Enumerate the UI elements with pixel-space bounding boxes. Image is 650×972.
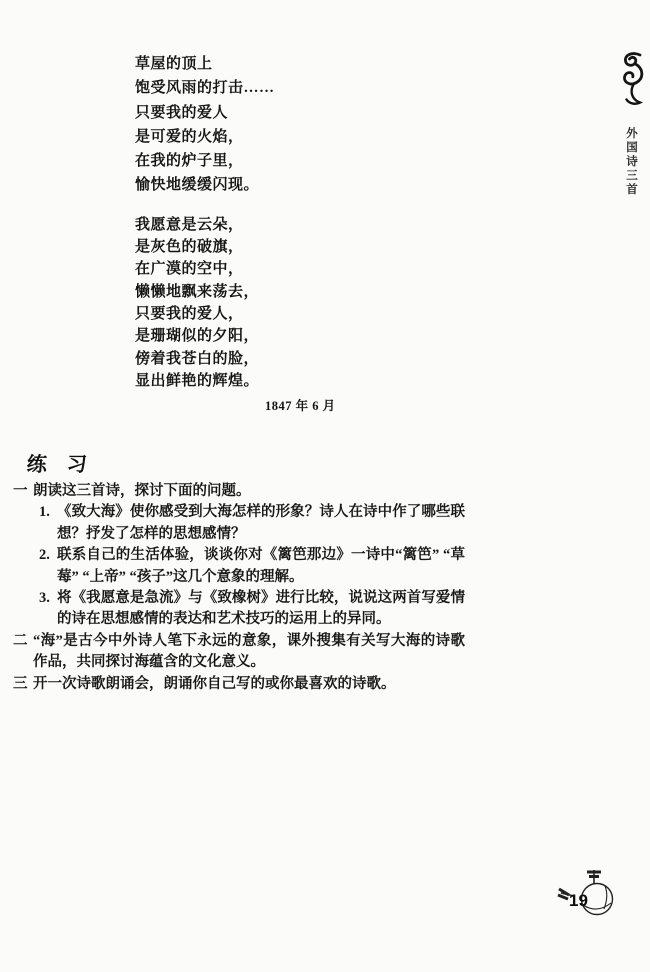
exercise-text: 开一次诗歌朗诵会，朗诵你自己写的或你最喜欢的诗歌。 xyxy=(33,674,465,695)
poem-line: 是可爱的火焰， xyxy=(135,125,336,149)
poem-body: 草屋的顶上 饱受风雨的打击…… 只要我的爱人 是可爱的火焰， 在我的炉子里， 愉… xyxy=(135,52,336,414)
poem-line: 是灰色的破旗， xyxy=(135,236,336,258)
side-chapter-label: 外国诗三首 xyxy=(623,127,639,197)
page-number: 19 xyxy=(569,891,588,910)
sub-exercise-2: 2. 联系自己的生活体验，谈谈你对《篱笆那边》一诗中“篱笆” “草莓” “上帝”… xyxy=(33,545,465,588)
exercise-text: “海”是古今中外诗人笔下永远的意象，课外搜集有关写大海的诗歌作品，共同探讨海蕴含… xyxy=(33,631,465,674)
textbook-page: 草屋的顶上 饱受风雨的打击…… 只要我的爱人 是可爱的火焰， 在我的炉子里， 愉… xyxy=(0,0,650,972)
poem-line: 饱受风雨的打击…… xyxy=(135,76,336,100)
exercise-item-3: 三 开一次诗歌朗诵会，朗诵你自己写的或你最喜欢的诗歌。 xyxy=(13,674,465,695)
poem-line: 在广漠的空中， xyxy=(135,258,336,280)
poem-line: 懒懒地飘来荡去， xyxy=(135,281,336,303)
exercise-item-2: 二 “海”是古今中外诗人笔下永远的意象，课外搜集有关写大海的诗歌作品，共同探讨海… xyxy=(13,631,465,674)
poem-line: 我愿意是云朵， xyxy=(135,214,336,236)
poem-stanza-2: 我愿意是云朵， 是灰色的破旗， 在广漠的空中， 懒懒地飘来荡去， 只要我的爱人，… xyxy=(135,214,336,392)
exercise-marker: 一 xyxy=(13,481,28,502)
exercise-item-1: 一 朗读这三首诗，探讨下面的问题。 1. 《致大海》使你感受到大海怎样的形象？诗… xyxy=(13,481,465,631)
exercise-marker: 三 xyxy=(13,674,28,695)
sub-exercise-3: 3. 将《我愿意是急流》与《致橡树》进行比较，说说这两首写爱情的诗在思想感情的表… xyxy=(33,588,465,631)
sub-exercise-text: 《致大海》使你感受到大海怎样的形象？诗人在诗中作了哪些联想？抒发了怎样的思想感情… xyxy=(57,502,465,545)
poem-date: 1847 年 6 月 xyxy=(265,396,336,414)
sub-exercise-marker: 1. xyxy=(39,502,50,523)
page-number-ornament: 19 xyxy=(556,864,620,929)
sub-exercise-text: 将《我愿意是急流》与《致橡树》进行比较，说说这两首写爱情的诗在思想感情的表达和艺… xyxy=(57,588,465,631)
poem-stanza-1: 草屋的顶上 饱受风雨的打击…… 只要我的爱人 是可爱的火焰， 在我的炉子里， 愉… xyxy=(135,52,336,198)
exercises-list: 一 朗读这三首诗，探讨下面的问题。 1. 《致大海》使你感受到大海怎样的形象？诗… xyxy=(13,481,465,695)
exercise-marker: 二 xyxy=(13,631,28,652)
poem-line: 草屋的顶上 xyxy=(135,52,336,76)
poem-line: 傍着我苍白的脸， xyxy=(135,348,336,370)
poem-line: 是珊瑚似的夕阳， xyxy=(135,325,336,347)
flourish-icon xyxy=(619,51,646,112)
poem-line: 只要我的爱人， xyxy=(135,303,336,325)
exercises-heading: 练 习 xyxy=(26,448,88,477)
sub-exercise-text: 联系自己的生活体验，谈谈你对《篱笆那边》一诗中“篱笆” “草莓” “上帝” “孩… xyxy=(57,545,465,588)
exercise-text: 朗读这三首诗，探讨下面的问题。 xyxy=(33,481,465,502)
sub-exercise-1: 1. 《致大海》使你感受到大海怎样的形象？诗人在诗中作了哪些联想？抒发了怎样的思… xyxy=(33,502,465,545)
poem-line: 显出鲜艳的辉煌。 xyxy=(135,370,336,392)
poem-line: 愉快地缓缓闪现。 xyxy=(135,173,336,197)
sub-exercise-marker: 3. xyxy=(39,588,50,609)
sub-exercise-marker: 2. xyxy=(39,545,50,566)
poem-line: 在我的炉子里， xyxy=(135,149,336,173)
poem-line: 只要我的爱人 xyxy=(135,101,336,125)
